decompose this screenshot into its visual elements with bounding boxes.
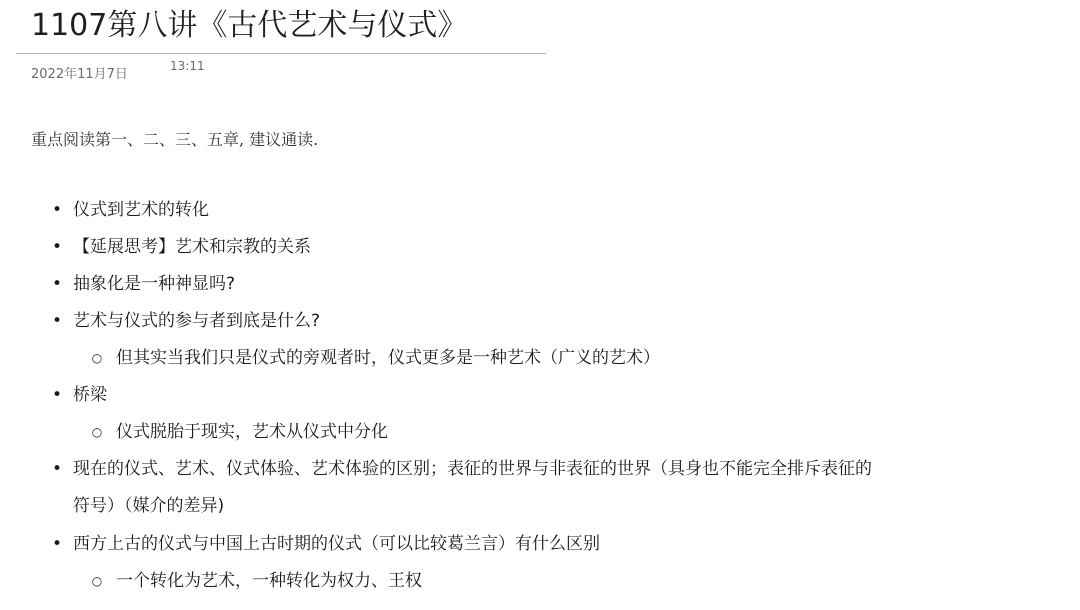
sub-list-item[interactable]: ○ 一个转化为艺术，一种转化为权力、王权 (48, 567, 888, 595)
list-item-text: 现在的仪式、艺术、仪式体验、艺术体验的区别；表征的世界与非表征的世界（具身也不能… (73, 451, 888, 525)
intro-paragraph[interactable]: 重点阅读第一、二、三、五章, 建议通读. (31, 127, 318, 150)
list-item[interactable]: • 现在的仪式、艺术、仪式体验、艺术体验的区别；表征的世界与非表征的世界（具身也… (48, 451, 888, 525)
sub-list-item[interactable]: ○ 但其实当我们只是仪式的旁观者时，仪式更多是一种艺术（广义的艺术） (48, 344, 888, 372)
list-item[interactable]: • 抽象化是一种神显吗? (48, 270, 888, 298)
sub-list-item[interactable]: ○ 仪式脱胎于现实，艺术从仪式中分化 (48, 418, 888, 446)
bullet-icon: • (50, 270, 64, 298)
list-item[interactable]: • 【延展思考】艺术和宗教的关系 (48, 233, 888, 261)
page-date: 2022年11月7日 (31, 63, 128, 82)
list-item-text: 艺术与仪式的参与者到底是什么? (73, 307, 888, 335)
note-outline: • 仪式到艺术的转化 • 【延展思考】艺术和宗教的关系 • 抽象化是一种神显吗?… (48, 196, 888, 604)
list-item[interactable]: • 桥梁 (48, 381, 888, 409)
circle-bullet-icon: ○ (90, 418, 104, 446)
circle-bullet-icon: ○ (90, 344, 104, 372)
bullet-icon: • (50, 530, 64, 558)
list-item-text: 西方上古的仪式与中国上古时期的仪式（可以比较葛兰言）有什么区别 (73, 530, 888, 558)
bullet-icon: • (50, 381, 64, 409)
circle-bullet-icon: ○ (90, 567, 104, 595)
list-item-text: 仪式到艺术的转化 (73, 196, 888, 224)
list-item-text: 抽象化是一种神显吗? (73, 270, 888, 298)
list-item-text: 仪式脱胎于现实，艺术从仪式中分化 (116, 418, 888, 446)
list-item[interactable]: • 仪式到艺术的转化 (48, 196, 888, 224)
bullet-icon: • (50, 196, 64, 224)
list-item[interactable]: • 西方上古的仪式与中国上古时期的仪式（可以比较葛兰言）有什么区别 (48, 530, 888, 558)
bullet-icon: • (50, 451, 64, 488)
list-item-text: 【延展思考】艺术和宗教的关系 (73, 233, 888, 261)
list-item-text: 桥梁 (73, 381, 888, 409)
list-item-text: 但其实当我们只是仪式的旁观者时，仪式更多是一种艺术（广义的艺术） (116, 344, 888, 372)
bullet-icon: • (50, 233, 64, 261)
list-item-text: 一个转化为艺术，一种转化为权力、王权 (116, 567, 888, 595)
title-divider (16, 53, 546, 54)
page-title[interactable]: 1107第八讲《古代艺术与仪式》 (31, 6, 467, 46)
page-time: 13:11 (170, 59, 205, 73)
bullet-icon: • (50, 307, 64, 335)
list-item[interactable]: • 艺术与仪式的参与者到底是什么? (48, 307, 888, 335)
